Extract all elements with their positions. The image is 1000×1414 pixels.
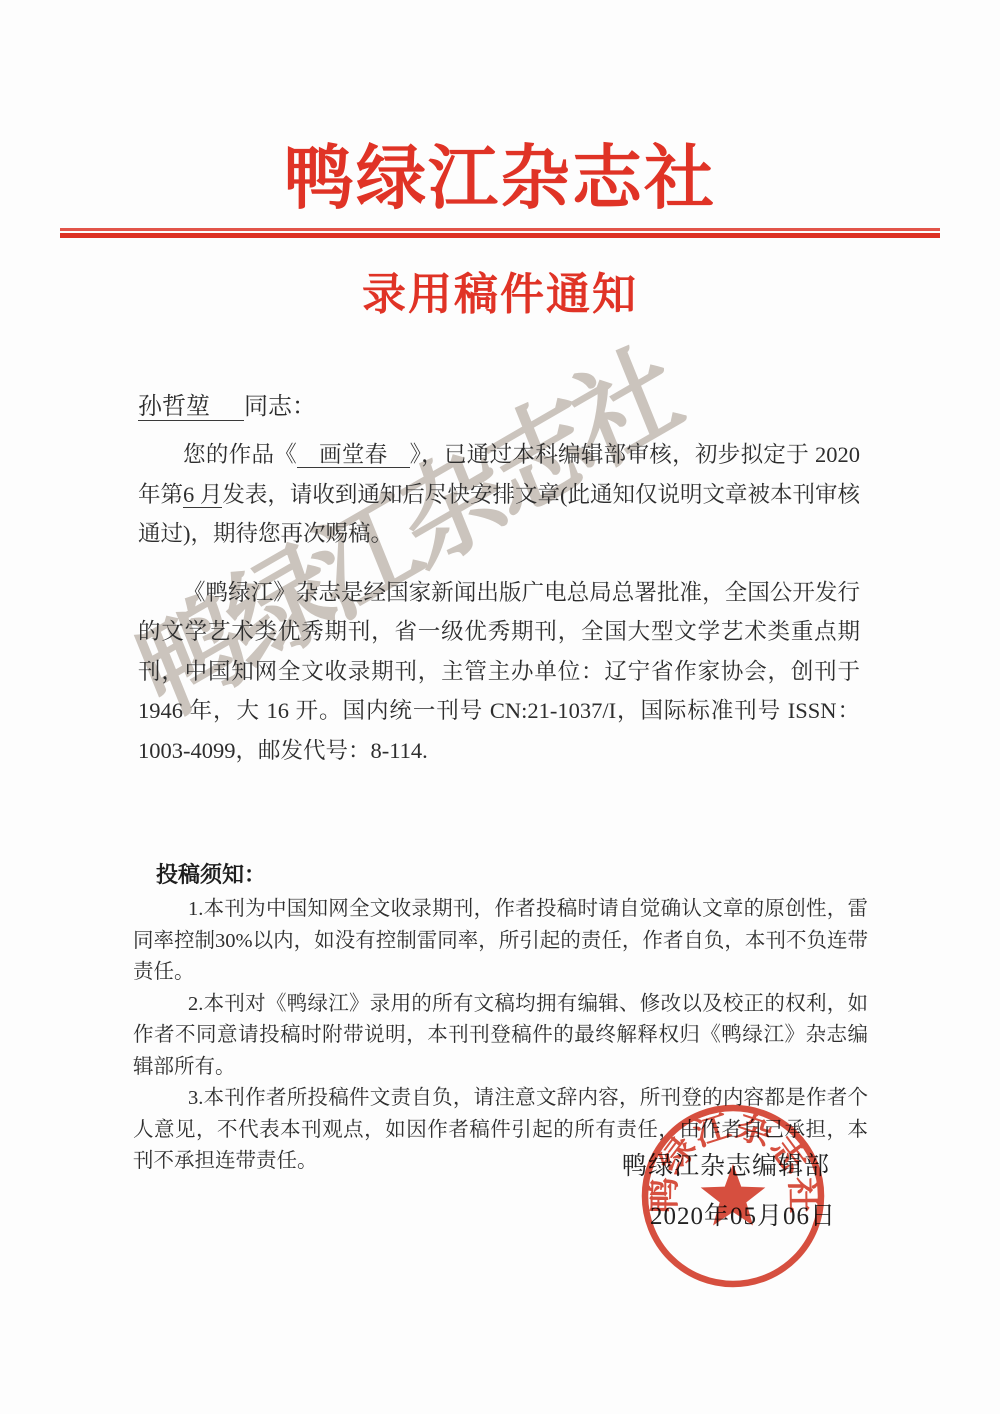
p1-rest: 发表，请收到通知后尽快安排文章(此通知仅说明文章被本刊审核通过)，期待您再次赐稿… [138, 482, 860, 547]
recipient-suffix: 同志： [244, 394, 316, 420]
magazine-intro-paragraph: 《鸭绿江》杂志是经国家新闻出版广电总局总署批准，全国公开发行的文学艺术类优秀期刊… [138, 573, 860, 771]
divider-thick-line [60, 233, 940, 238]
publish-month: 6 月 [183, 482, 222, 508]
work-title: 画堂春 [297, 442, 409, 468]
official-seal: 鸭绿江杂志社 [637, 1100, 829, 1292]
header-divider [60, 228, 940, 238]
notice-title: 录用稿件通知 [0, 258, 1000, 322]
star-icon [701, 1164, 766, 1226]
acceptance-letter-page: 鸭绿江杂志社 鸭绿江杂志社 录用稿件通知 孙哲堃同志： 您的作品《画堂春》，已通… [0, 0, 1000, 1414]
notice-item-1: 1.本刊为中国知网全文收录期刊，作者投稿时请自觉确认文章的原创性，雷同率控制30… [133, 894, 868, 989]
recipient-name: 孙哲堃 [138, 394, 244, 421]
greeting-line: 孙哲堃同志： [138, 392, 860, 422]
acceptance-paragraph: 您的作品《画堂春》，已通过本科编辑部审核，初步拟定于 2020 年第6 月发表，… [138, 435, 860, 554]
p1-before: 您的作品《 [183, 442, 297, 467]
notice-item-2: 2.本刊对《鸭绿江》录用的所有文稿均拥有编辑、修改以及校正的权利，如作者不同意请… [133, 989, 868, 1084]
page-title: 鸭绿江杂志社 [0, 122, 1000, 223]
notice-heading: 投稿须知： [156, 858, 868, 889]
letter-body: 孙哲堃同志： 您的作品《画堂春》，已通过本科编辑部审核，初步拟定于 2020 年… [138, 392, 860, 770]
